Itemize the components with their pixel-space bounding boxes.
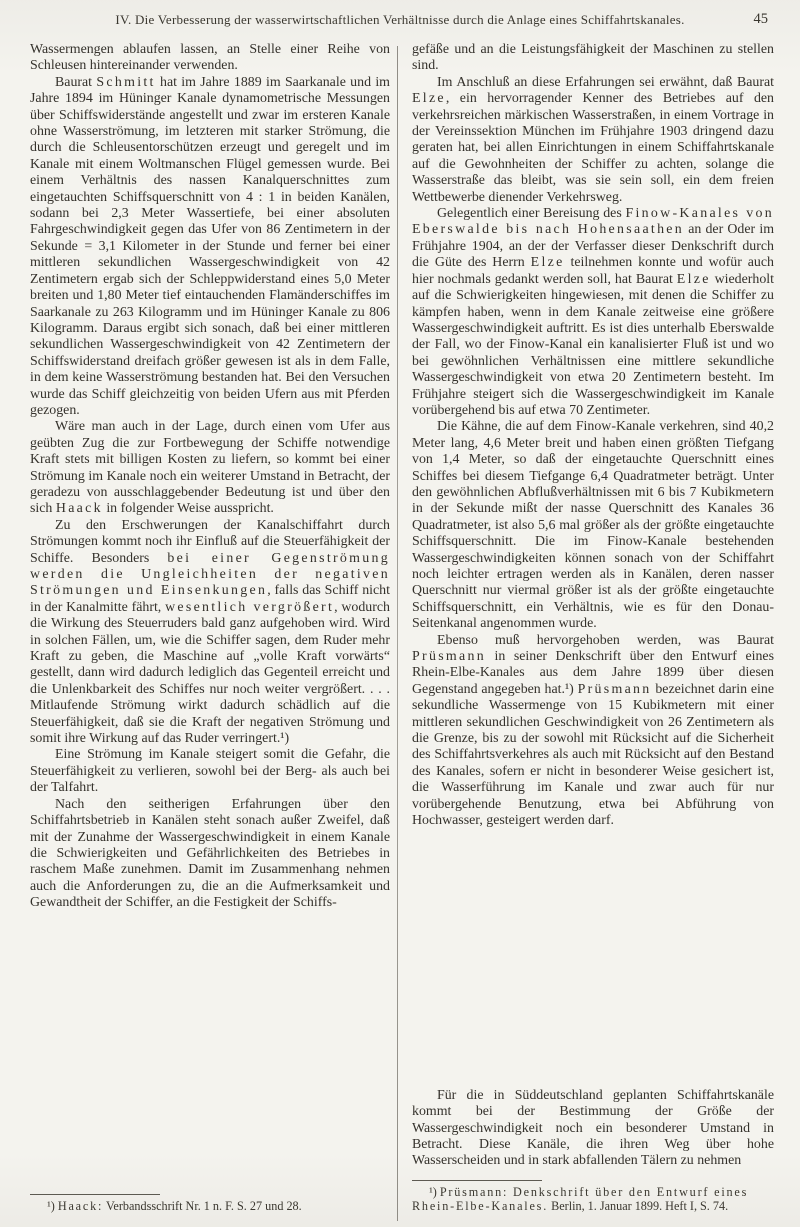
text-run: hat im Jahre 1889 im Saarkanale und im J… bbox=[30, 75, 390, 418]
letterspaced-text: Elze bbox=[412, 91, 446, 106]
text-run: , wodurch die Wirkung des Steuerruders b… bbox=[30, 600, 390, 746]
text-run: Für die in Süddeutschland geplanten Schi… bbox=[412, 1088, 774, 1169]
letterspaced-text: Prüsmann bbox=[578, 682, 652, 697]
text-run: in folgender Weise ausspricht. bbox=[103, 501, 274, 516]
right-column-paragraphs: gefäße und an die Leistungsfähigkeit der… bbox=[412, 42, 774, 1170]
paragraph: gefäße und an die Leistungsfähigkeit der… bbox=[412, 42, 774, 75]
paragraph: Im Anschluß an diese Erfahrungen sei erw… bbox=[412, 75, 774, 206]
text-run: Im Anschluß an diese Erfahrungen sei erw… bbox=[437, 75, 774, 90]
text-run: , ein hervorragender Kenner des Betriebe… bbox=[412, 91, 774, 204]
paragraph: Baurat Schmitt hat im Jahre 1889 im Saar… bbox=[30, 75, 390, 420]
running-title: IV. Die Verbesserung der wasserwirtschaf… bbox=[115, 12, 684, 27]
paragraph: Zu den Erschwerungen der Kanalschiffahrt… bbox=[30, 518, 390, 748]
text-run: ¹) bbox=[47, 1199, 58, 1213]
footnote-text: ¹) Prüsmann: Denkschrift über den Entwur… bbox=[412, 1185, 774, 1214]
footnote-rule bbox=[412, 1180, 542, 1181]
text-run: gefäße und an die Leistungsfähigkeit der… bbox=[412, 42, 774, 73]
paragraph: Eine Strömung im Kanale steigert somit d… bbox=[30, 747, 390, 796]
paragraph: Wäre man auch in der Lage, durch einen v… bbox=[30, 419, 390, 517]
letterspaced-text: Haack bbox=[56, 501, 103, 516]
text-run: Die Kähne, die auf dem Finow-Kanale verk… bbox=[412, 419, 774, 631]
paragraph: Wassermengen ablaufen lassen, an Stelle … bbox=[30, 42, 390, 75]
page-number: 45 bbox=[754, 11, 769, 28]
page-header: IV. Die Verbesserung der wasserwirtschaf… bbox=[0, 11, 800, 33]
text-run: Baurat bbox=[55, 75, 96, 90]
paragraph: Für die in Süddeutschland geplanten Schi… bbox=[412, 1058, 774, 1170]
left-footnote: ¹) Haack: Verbandsschrift Nr. 1 n. F. S.… bbox=[30, 1188, 390, 1214]
letterspaced-text: Prüsmann bbox=[412, 649, 486, 664]
text-run: Ebenso muß hervorgehoben werden, was Bau… bbox=[437, 633, 774, 648]
text-run: bezeichnet darin eine sekundliche Wasser… bbox=[412, 682, 774, 828]
text-columns: Wassermengen ablaufen lassen, an Stelle … bbox=[30, 42, 774, 1223]
letterspaced-text: Elze bbox=[677, 272, 711, 287]
paragraph: Nach den seitherigen Erfahrungen über de… bbox=[30, 797, 390, 912]
paragraph: Gelegentlich einer Bereisung des Finow-K… bbox=[412, 206, 774, 419]
paragraph: Ebenso muß hervorgehoben werden, was Bau… bbox=[412, 633, 774, 830]
text-run: Wassermengen ablaufen lassen, an Stelle … bbox=[30, 42, 390, 73]
text-run: ¹) bbox=[429, 1185, 440, 1199]
left-column-paragraphs: Wassermengen ablaufen lassen, an Stelle … bbox=[30, 42, 390, 1188]
right-footnote: ¹) Prüsmann: Denkschrift über den Entwur… bbox=[412, 1174, 774, 1214]
letterspaced-text: Schmitt bbox=[96, 75, 155, 90]
scanned-book-page: IV. Die Verbesserung der wasserwirtschaf… bbox=[0, 0, 800, 1227]
left-column: Wassermengen ablaufen lassen, an Stelle … bbox=[30, 42, 390, 1214]
text-run: Gelegentlich einer Bereisung des bbox=[437, 206, 625, 221]
letterspaced-text: Haack: bbox=[58, 1199, 103, 1213]
letterspaced-text: Elze bbox=[531, 255, 565, 270]
footnote-text: ¹) Haack: Verbandsschrift Nr. 1 n. F. S.… bbox=[30, 1199, 390, 1214]
footnote-rule bbox=[30, 1194, 160, 1195]
text-run: Berlin, 1. Januar 1899. Heft I, S. 74. bbox=[548, 1199, 728, 1213]
text-run: wiederholt auf die Schwierigkeiten hinge… bbox=[412, 272, 774, 418]
text-run: Verbandsschrift Nr. 1 n. F. S. 27 und 28… bbox=[103, 1199, 302, 1213]
right-column: gefäße und an die Leistungsfähigkeit der… bbox=[412, 42, 774, 1214]
text-run: Nach den seitherigen Erfahrungen über de… bbox=[30, 797, 390, 910]
paragraph: Die Kähne, die auf dem Finow-Kanale verk… bbox=[412, 419, 774, 632]
text-run: Eine Strömung im Kanale steigert somit d… bbox=[30, 747, 390, 795]
letterspaced-text: wesentlich vergrößert bbox=[165, 600, 334, 615]
